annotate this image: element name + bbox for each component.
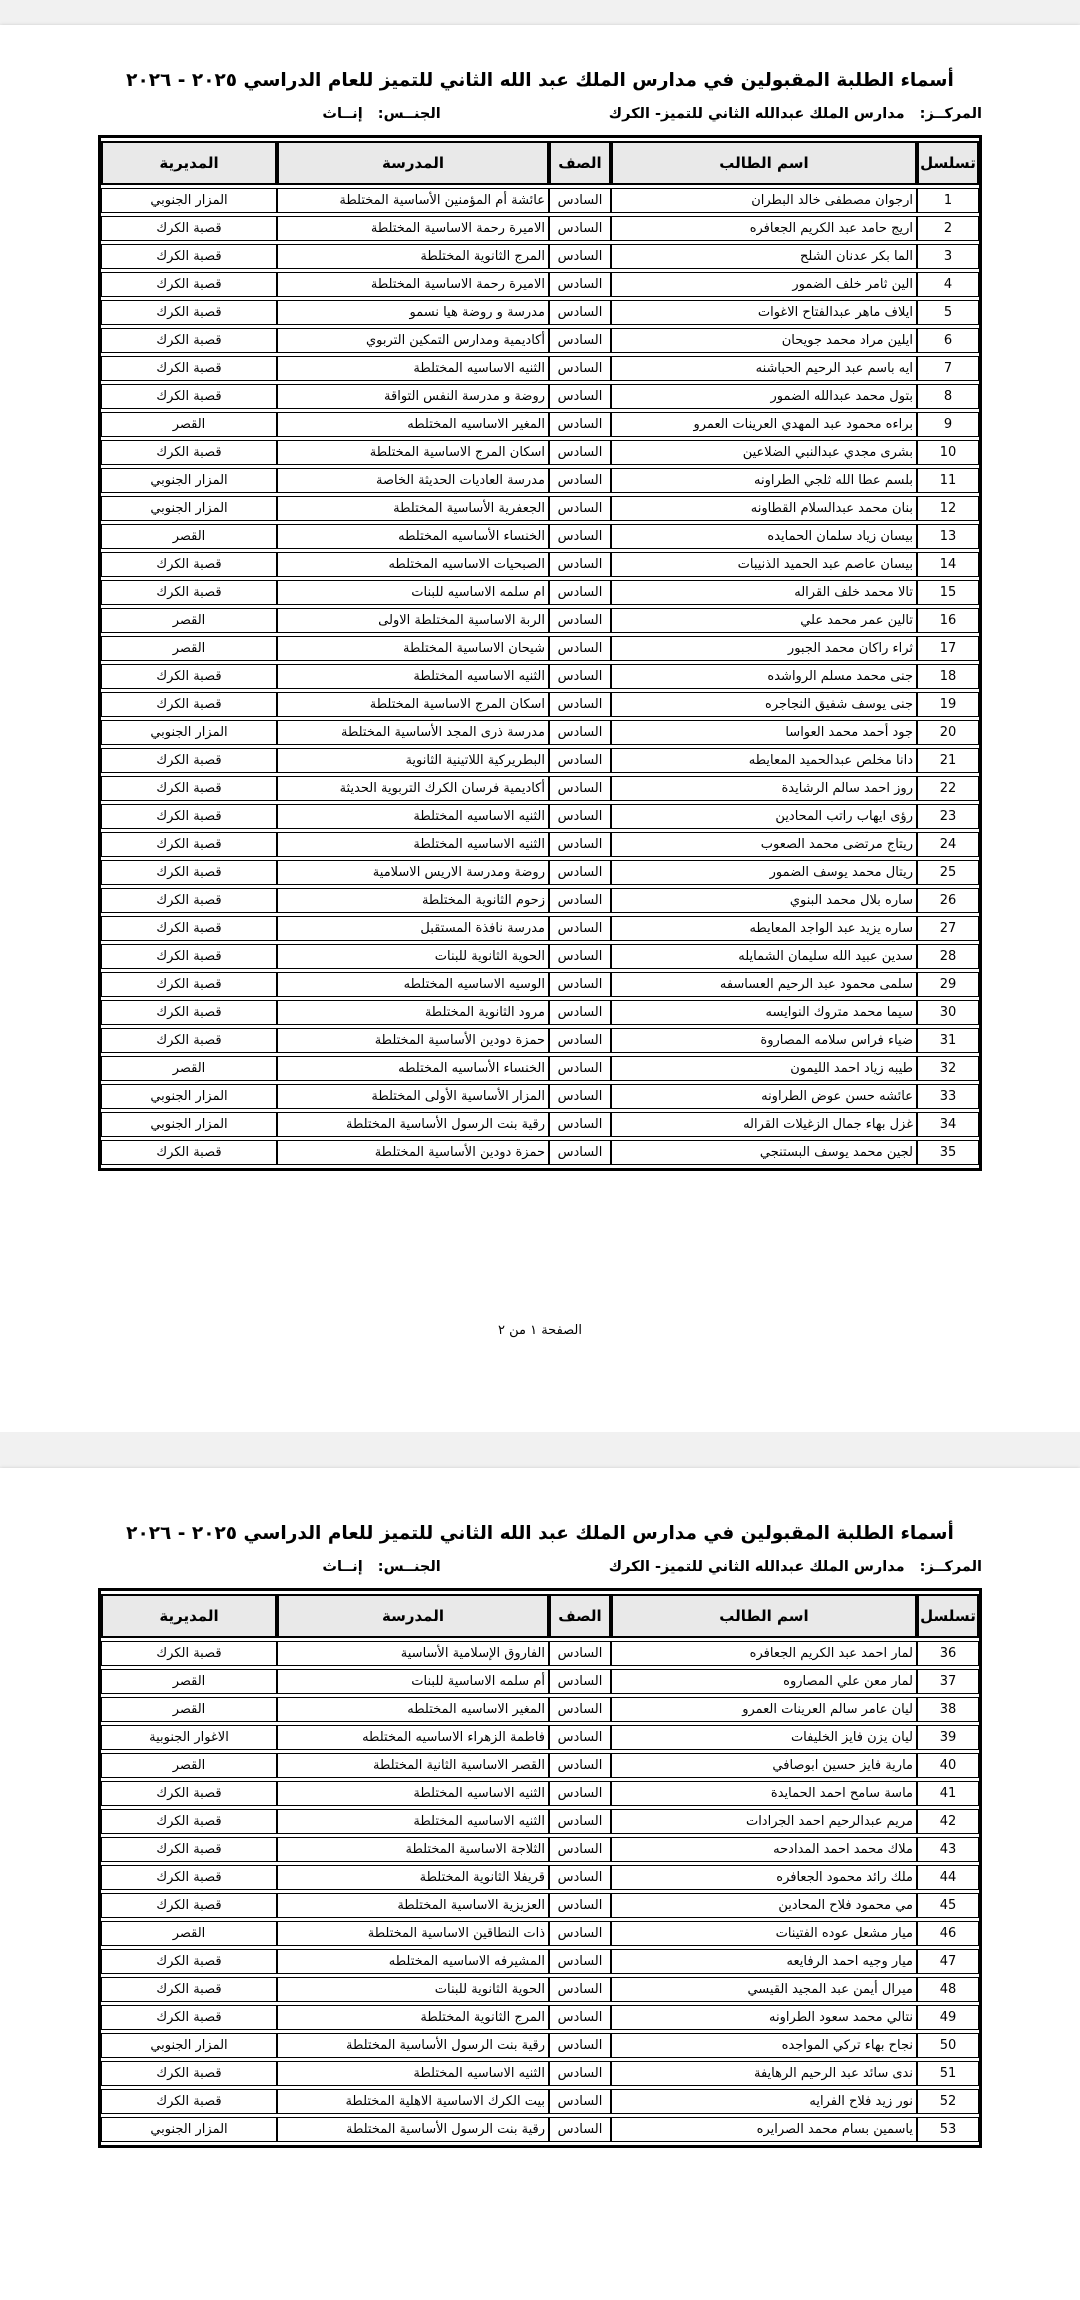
- cell-name: نور زيد فلاح الفرايه: [611, 2089, 917, 2114]
- cell-directorate: قصبة الكرك: [101, 328, 277, 353]
- cell-school: حمزة دودين الأساسية المختلطة: [277, 1028, 549, 1053]
- cell-grade: السادس: [549, 2005, 611, 2030]
- cell-school: الثنيه الاساسيه المختلطة: [277, 1781, 549, 1806]
- cell-name: ياسمين بسام محمد الصرايره: [611, 2117, 917, 2142]
- cell-directorate: قصبة الكرك: [101, 1977, 277, 2002]
- cell-school: مرود الثانوية المختلطة: [277, 1000, 549, 1025]
- cell-serial: 25: [917, 860, 979, 885]
- cell-grade: السادس: [549, 804, 611, 829]
- cell-school: القصر الاساسية الثانية المختلطة: [277, 1753, 549, 1778]
- cell-directorate: قصبة الكرك: [101, 2005, 277, 2030]
- cell-grade: السادس: [549, 1921, 611, 1946]
- table-row: 42مريم عبدالرحيم احمد الجراداتالسادسالثن…: [101, 1809, 979, 1834]
- cell-school: أكاديمية ومدارس التمكين التربوي: [277, 328, 549, 353]
- cell-school: الثنيه الاساسيه المختلطة: [277, 804, 549, 829]
- cell-serial: 33: [917, 1084, 979, 1109]
- center-value: مدارس الملك عبدالله الثاني للتميز- الكرك: [609, 106, 905, 122]
- viewer-background-strip: [0, 0, 1080, 25]
- center-value: مدارس الملك عبدالله الثاني للتميز- الكرك: [609, 1559, 905, 1575]
- table-row: 25ريتال محمد يوسف الضمورالسادسروضة ومدرس…: [101, 860, 979, 885]
- cell-school: عائشة أم المؤمنين الأساسية المختلطة: [277, 188, 549, 213]
- cell-grade: السادس: [549, 468, 611, 493]
- cell-serial: 11: [917, 468, 979, 493]
- table-row: 49نتالي محمد سعود الطراونهالسادسالمرج ال…: [101, 2005, 979, 2030]
- table-row: 43ملاك محمد احمد المدادحهالسادسالثلاجة ا…: [101, 1837, 979, 1862]
- table-row: 36لمار احمد عبد الكريم الجعافرهالسادسالف…: [101, 1641, 979, 1666]
- cell-directorate: قصبة الكرك: [101, 692, 277, 717]
- cell-grade: السادس: [549, 1949, 611, 1974]
- header-school: المدرسة: [277, 141, 549, 185]
- cell-school: مدرسة و روضة هيا نسمو: [277, 300, 549, 325]
- cell-school: المرج الثانوية المختلطة: [277, 244, 549, 269]
- cell-name: الما بكر عدنان الشلح: [611, 244, 917, 269]
- cell-grade: السادس: [549, 1669, 611, 1694]
- cell-serial: 22: [917, 776, 979, 801]
- cell-serial: 42: [917, 1809, 979, 1834]
- cell-serial: 40: [917, 1753, 979, 1778]
- cell-grade: السادس: [549, 636, 611, 661]
- cell-school: المغير الاساسيه المختلطه: [277, 412, 549, 437]
- cell-directorate: القصر: [101, 636, 277, 661]
- cell-name: ماسة سامح احمد الحمايدة: [611, 1781, 917, 1806]
- table-row: 14بيسان عاصم عبد الحميد الذنيباتالسادسال…: [101, 552, 979, 577]
- table-row: 4الين ثامر خلف الضمورالسادسالاميرة رحمة …: [101, 272, 979, 297]
- cell-directorate: المزار الجنوبي: [101, 188, 277, 213]
- cell-school: الوسيه الاساسيه المختلطه: [277, 972, 549, 997]
- cell-school: المرج الثانوية المختلطة: [277, 2005, 549, 2030]
- cell-school: رقية بنت الرسول الأساسية المختلطة: [277, 1112, 549, 1137]
- center-label: المركــز:: [920, 1559, 982, 1575]
- cell-name: ميار وجيه احمد الرفايعه: [611, 1949, 917, 1974]
- cell-directorate: القصر: [101, 1056, 277, 1081]
- document-page-1: أسماء الطلبة المقبولين في مدارس الملك عب…: [0, 25, 1080, 1432]
- cell-directorate: قصبة الكرك: [101, 2089, 277, 2114]
- table-row: 50نجاح بهاء تركي المواجدهالسادسرقية بنت …: [101, 2033, 979, 2058]
- cell-grade: السادس: [549, 1977, 611, 2002]
- cell-serial: 27: [917, 916, 979, 941]
- center-label: المركــز:: [920, 106, 982, 122]
- cell-grade: السادس: [549, 1753, 611, 1778]
- cell-grade: السادس: [549, 216, 611, 241]
- cell-school: أم سلمه الاساسية للبنات: [277, 1669, 549, 1694]
- cell-directorate: قصبة الكرك: [101, 916, 277, 941]
- cell-directorate: القصر: [101, 1921, 277, 1946]
- cell-name: روز احمد سالم الرشايدة: [611, 776, 917, 801]
- cell-name: ثراء راكان محمد الجبور: [611, 636, 917, 661]
- cell-name: ريتاج مرتضى محمد الصعوب: [611, 832, 917, 857]
- table-row: 8بتول محمد عبدالله الضمورالسادسروضة و مد…: [101, 384, 979, 409]
- cell-grade: السادس: [549, 972, 611, 997]
- cell-name: اريج حامد عبد الكريم الجعافره: [611, 216, 917, 241]
- table-row: 18جنى محمد مسلم الرواشدهالسادسالثنيه الا…: [101, 664, 979, 689]
- cell-name: ندى سائد عبد الرحيم الرهايفة: [611, 2061, 917, 2086]
- cell-school: بيت الكرك الاساسية الاهلية المختلطة: [277, 2089, 549, 2114]
- gender-label: الجنــس:: [378, 1559, 441, 1575]
- cell-name: بيسان زياد سلمان الحمايده: [611, 524, 917, 549]
- page-title: أسماء الطلبة المقبولين في مدارس الملك عب…: [98, 67, 982, 95]
- header-student-name: اسم الطالب: [611, 141, 917, 185]
- cell-school: قريفلا الثانوية المختلطة: [277, 1865, 549, 1890]
- cell-grade: السادس: [549, 1697, 611, 1722]
- table-row: 21دانا مخلص عبدالحميد المعايطهالسادسالبط…: [101, 748, 979, 773]
- table-row: 12بنان محمد عبدالسلام القطاونهالسادسالجع…: [101, 496, 979, 521]
- cell-grade: السادس: [549, 888, 611, 913]
- cell-school: العزيزية الاساسية المختلطة: [277, 1893, 549, 1918]
- cell-name: رؤى ايهاب راتب المحادين: [611, 804, 917, 829]
- cell-directorate: قصبة الكرك: [101, 552, 277, 577]
- cell-name: مارية فايز حسين ابوصافي: [611, 1753, 917, 1778]
- cell-serial: 24: [917, 832, 979, 857]
- cell-directorate: قصبة الكرك: [101, 272, 277, 297]
- students-table-page-2: تسلسل اسم الطالب الصف المدرسة المديرية 3…: [98, 1588, 982, 2148]
- cell-serial: 43: [917, 1837, 979, 1862]
- cell-school: الثنيه الاساسيه المختلطة: [277, 664, 549, 689]
- cell-name: لمار احمد عبد الكريم الجعافره: [611, 1641, 917, 1666]
- cell-grade: السادس: [549, 832, 611, 857]
- table-row: 26ساره بلال محمد البنويالسادسزحوم الثانو…: [101, 888, 979, 913]
- cell-grade: السادس: [549, 1781, 611, 1806]
- table-row: 44ملك رائد محمود الجعافرهالسادسقريفلا ال…: [101, 1865, 979, 1890]
- cell-name: نجاح بهاء تركي المواجده: [611, 2033, 917, 2058]
- table-row: 28سدين عبيد الله سليمان الشمايلهالسادسال…: [101, 944, 979, 969]
- cell-grade: السادس: [549, 1893, 611, 1918]
- cell-grade: السادس: [549, 188, 611, 213]
- cell-school: الثنيه الاساسيه المختلطة: [277, 356, 549, 381]
- cell-grade: السادس: [549, 300, 611, 325]
- cell-school: المغير الاساسيه المختلطه: [277, 1697, 549, 1722]
- cell-serial: 19: [917, 692, 979, 717]
- cell-school: اسكان المرج الاساسية المختلطة: [277, 440, 549, 465]
- cell-grade: السادس: [549, 1000, 611, 1025]
- cell-serial: 38: [917, 1697, 979, 1722]
- cell-name: بلسم عطا الله ثلجي الطراونه: [611, 468, 917, 493]
- table-row: 29سلمى محمود عبد الرحيم العساسفهالسادسال…: [101, 972, 979, 997]
- table-row: 47ميار وجيه احمد الرفايعهالسادسالمشيرفه …: [101, 1949, 979, 1974]
- cell-directorate: قصبة الكرك: [101, 356, 277, 381]
- cell-name: ايلاف ماهر عبدالفتاح الاغوات: [611, 300, 917, 325]
- table-row: 9براءه محمود عبد المهدي العرينات العمروا…: [101, 412, 979, 437]
- cell-directorate: قصبة الكرك: [101, 384, 277, 409]
- cell-name: ساره بلال محمد البنوي: [611, 888, 917, 913]
- cell-name: ارجوان مصطفى خالد البطران: [611, 188, 917, 213]
- cell-school: البطريركية اللاتينية الثانوية: [277, 748, 549, 773]
- cell-school: الاميرة رحمة الاساسية المختلطة: [277, 216, 549, 241]
- cell-serial: 4: [917, 272, 979, 297]
- cell-directorate: قصبة الكرك: [101, 1809, 277, 1834]
- cell-grade: السادس: [549, 608, 611, 633]
- cell-serial: 13: [917, 524, 979, 549]
- students-table-page-1: تسلسل اسم الطالب الصف المدرسة المديرية 1…: [98, 135, 982, 1171]
- cell-name: سدين عبيد الله سليمان الشمايله: [611, 944, 917, 969]
- cell-directorate: الاغوار الجنوبية: [101, 1725, 277, 1750]
- table-row: 35لجين محمد يوسف البستنجيالسادسحمزة دودي…: [101, 1140, 979, 1165]
- table-row: 38ليان عامر سالم العرينات العمروالسادسال…: [101, 1697, 979, 1722]
- cell-name: ملاك محمد احمد المدادحه: [611, 1837, 917, 1862]
- cell-directorate: قصبة الكرك: [101, 944, 277, 969]
- cell-school: ام سلمه الاساسيه للبنات: [277, 580, 549, 605]
- cell-serial: 6: [917, 328, 979, 353]
- cell-serial: 20: [917, 720, 979, 745]
- cell-serial: 53: [917, 2117, 979, 2142]
- gender-field: الجنــس: إنــاث: [322, 1559, 440, 1575]
- cell-school: الفاروق الإسلامية الأساسية: [277, 1641, 549, 1666]
- cell-school: الاميرة رحمة الاساسية المختلطة: [277, 272, 549, 297]
- cell-serial: 44: [917, 1865, 979, 1890]
- table-row: 45مي محمود فلاح المحادينالسادسالعزيزية ا…: [101, 1893, 979, 1918]
- center-field: المركــز: مدارس الملك عبدالله الثاني للت…: [609, 106, 982, 122]
- cell-serial: 23: [917, 804, 979, 829]
- cell-school: أكاديمية فرسان الكرك التربوية الحديثة: [277, 776, 549, 801]
- cell-grade: السادس: [549, 1140, 611, 1165]
- cell-directorate: القصر: [101, 524, 277, 549]
- cell-school: مدرسة نافذة المستقبل: [277, 916, 549, 941]
- cell-directorate: قصبة الكرك: [101, 580, 277, 605]
- cell-directorate: قصبة الكرك: [101, 804, 277, 829]
- cell-name: مي محمود فلاح المحادين: [611, 1893, 917, 1918]
- cell-directorate: قصبة الكرك: [101, 244, 277, 269]
- cell-name: سيما محمد متروك النوايسه: [611, 1000, 917, 1025]
- cell-directorate: المزار الجنوبي: [101, 2117, 277, 2142]
- cell-school: حمزة دودين الأساسية المختلطة: [277, 1140, 549, 1165]
- cell-grade: السادس: [549, 552, 611, 577]
- cell-serial: 47: [917, 1949, 979, 1974]
- table-row: 13بيسان زياد سلمان الحمايدهالسادسالخنساء…: [101, 524, 979, 549]
- table-row: 32طيبه زياد احمد الليمونالسادسالخنساء ال…: [101, 1056, 979, 1081]
- cell-grade: السادس: [549, 272, 611, 297]
- gender-label: الجنــس:: [378, 106, 441, 122]
- cell-name: جنى محمد مسلم الرواشده: [611, 664, 917, 689]
- cell-name: جود أحمد محمد العواسا: [611, 720, 917, 745]
- cell-grade: السادس: [549, 692, 611, 717]
- cell-grade: السادس: [549, 412, 611, 437]
- cell-school: فاطمة الزهراء الاساسيه المختلطه: [277, 1725, 549, 1750]
- cell-directorate: المزار الجنوبي: [101, 496, 277, 521]
- cell-serial: 52: [917, 2089, 979, 2114]
- cell-name: ليان عامر سالم العرينات العمرو: [611, 1697, 917, 1722]
- cell-name: لجين محمد يوسف البستنجي: [611, 1140, 917, 1165]
- cell-serial: 34: [917, 1112, 979, 1137]
- cell-serial: 9: [917, 412, 979, 437]
- meta-row: المركــز: مدارس الملك عبدالله الثاني للت…: [98, 1552, 982, 1582]
- table-row: 7ايه باسم عبد الرحيم الحباشنهالسادسالثني…: [101, 356, 979, 381]
- cell-serial: 39: [917, 1725, 979, 1750]
- cell-serial: 5: [917, 300, 979, 325]
- cell-directorate: قصبة الكرك: [101, 860, 277, 885]
- header-serial: تسلسل: [917, 141, 979, 185]
- cell-grade: السادس: [549, 1112, 611, 1137]
- cell-serial: 1: [917, 188, 979, 213]
- table-header-row: تسلسل اسم الطالب الصف المدرسة المديرية: [101, 1594, 979, 1638]
- center-field: المركــز: مدارس الملك عبدالله الثاني للت…: [609, 1559, 982, 1575]
- cell-serial: 21: [917, 748, 979, 773]
- table-row: 11بلسم عطا الله ثلجي الطراونهالسادسمدرسة…: [101, 468, 979, 493]
- cell-grade: السادس: [549, 328, 611, 353]
- cell-grade: السادس: [549, 440, 611, 465]
- cell-grade: السادس: [549, 384, 611, 409]
- cell-directorate: المزار الجنوبي: [101, 1112, 277, 1137]
- cell-grade: السادس: [549, 776, 611, 801]
- cell-grade: السادس: [549, 664, 611, 689]
- table-row: 6ايلين مراد محمد جويحانالسادسأكاديمية وم…: [101, 328, 979, 353]
- cell-name: الين ثامر خلف الضمور: [611, 272, 917, 297]
- header-serial: تسلسل: [917, 1594, 979, 1638]
- cell-school: الخنساء الأساسيه المختلطه: [277, 524, 549, 549]
- cell-grade: السادس: [549, 1725, 611, 1750]
- cell-name: دانا مخلص عبدالحميد المعايطه: [611, 748, 917, 773]
- cell-name: ايه باسم عبد الرحيم الحباشنه: [611, 356, 917, 381]
- cell-name: ضياء فراس سلامه المصاروة: [611, 1028, 917, 1053]
- cell-school: ذات النطاقين الاساسية المختلطة: [277, 1921, 549, 1946]
- cell-serial: 26: [917, 888, 979, 913]
- cell-serial: 46: [917, 1921, 979, 1946]
- cell-school: المشيرفه الاساسيه المختلطه: [277, 1949, 549, 1974]
- cell-directorate: قصبة الكرك: [101, 664, 277, 689]
- cell-directorate: القصر: [101, 1697, 277, 1722]
- table-row: 52نور زيد فلاح الفرايهالسادسبيت الكرك ال…: [101, 2089, 979, 2114]
- cell-serial: 7: [917, 356, 979, 381]
- cell-name: مريم عبدالرحيم احمد الجرادات: [611, 1809, 917, 1834]
- header-grade: الصف: [549, 1594, 611, 1638]
- cell-serial: 36: [917, 1641, 979, 1666]
- cell-school: روضة ومدرسة الاريس الاسلامية: [277, 860, 549, 885]
- cell-directorate: قصبة الكرك: [101, 440, 277, 465]
- cell-school: المزار الأساسية الأولى المختلطة: [277, 1084, 549, 1109]
- table-row: 40مارية فايز حسين ابوصافيالسادسالقصر الا…: [101, 1753, 979, 1778]
- meta-row: المركــز: مدارس الملك عبدالله الثاني للت…: [98, 99, 982, 129]
- header-school: المدرسة: [277, 1594, 549, 1638]
- cell-school: الثلاجة الاساسية المختلطة: [277, 1837, 549, 1862]
- cell-school: زحوم الثانوية المختلطة: [277, 888, 549, 913]
- cell-grade: السادس: [549, 2061, 611, 2086]
- cell-directorate: قصبة الكرك: [101, 1028, 277, 1053]
- header-student-name: اسم الطالب: [611, 1594, 917, 1638]
- cell-serial: 17: [917, 636, 979, 661]
- cell-school: رقية بنت الرسول الأساسية المختلطة: [277, 2117, 549, 2142]
- cell-school: روضة و مدرسة النفس التواقة: [277, 384, 549, 409]
- cell-directorate: قصبة الكرك: [101, 1000, 277, 1025]
- cell-school: الحوية الثانوية للبنات: [277, 944, 549, 969]
- cell-grade: السادس: [549, 1056, 611, 1081]
- header-directorate: المديرية: [101, 1594, 277, 1638]
- cell-name: بشرى مجدي عبدالنبي الضلاعين: [611, 440, 917, 465]
- cell-name: عائشه حسن عوض الطراونه: [611, 1084, 917, 1109]
- table-row: 31ضياء فراس سلامه المصاروةالسادسحمزة دود…: [101, 1028, 979, 1053]
- cell-school: شيحان الاساسية المختلطة: [277, 636, 549, 661]
- table-row: 53ياسمين بسام محمد الصرايرهالسادسرقية بن…: [101, 2117, 979, 2142]
- table-row: 10بشرى مجدي عبدالنبي الضلاعينالسادساسكان…: [101, 440, 979, 465]
- document-page-2: أسماء الطلبة المقبولين في مدارس الملك عب…: [0, 1468, 1080, 2300]
- cell-name: سلمى محمود عبد الرحيم العساسفه: [611, 972, 917, 997]
- cell-school: الخنساء الأساسيه المختلطه: [277, 1056, 549, 1081]
- cell-grade: السادس: [549, 524, 611, 549]
- cell-school: الثنيه الاساسيه المختلطة: [277, 2061, 549, 2086]
- cell-name: ميار مشعل عوده الفتينات: [611, 1921, 917, 1946]
- cell-serial: 2: [917, 216, 979, 241]
- table-row: 5ايلاف ماهر عبدالفتاح الاغواتالسادسمدرسة…: [101, 300, 979, 325]
- cell-grade: السادس: [549, 860, 611, 885]
- cell-grade: السادس: [549, 1028, 611, 1053]
- cell-school: الجعفرية الأساسية المختلطة: [277, 496, 549, 521]
- cell-directorate: قصبة الكرك: [101, 216, 277, 241]
- table-row: 51ندى سائد عبد الرحيم الرهايفةالسادسالثن…: [101, 2061, 979, 2086]
- table-row: 16تالين عمر محمد عليالسادسالربة الاساسية…: [101, 608, 979, 633]
- table-header-row: تسلسل اسم الطالب الصف المدرسة المديرية: [101, 141, 979, 185]
- table-row: 15تالا محمد خلف القرالهالسادسام سلمه الا…: [101, 580, 979, 605]
- cell-name: بتول محمد عبدالله الضمور: [611, 384, 917, 409]
- cell-serial: 14: [917, 552, 979, 577]
- cell-directorate: المزار الجنوبي: [101, 1084, 277, 1109]
- table-row: 46ميار مشعل عوده الفتيناتالسادسذات النطا…: [101, 1921, 979, 1946]
- cell-serial: 48: [917, 1977, 979, 2002]
- cell-directorate: قصبة الكرك: [101, 300, 277, 325]
- cell-school: مدرسة العاديات الحديثة الخاصة: [277, 468, 549, 493]
- cell-directorate: المزار الجنوبي: [101, 2033, 277, 2058]
- page-title: أسماء الطلبة المقبولين في مدارس الملك عب…: [98, 1520, 982, 1548]
- cell-name: ايلين مراد محمد جويحان: [611, 328, 917, 353]
- cell-name: لمار معن علي المصاروه: [611, 1669, 917, 1694]
- gender-value: إنــاث: [322, 106, 362, 122]
- gender-value: إنــاث: [322, 1559, 362, 1575]
- cell-serial: 31: [917, 1028, 979, 1053]
- header-grade: الصف: [549, 141, 611, 185]
- cell-grade: السادس: [549, 1837, 611, 1862]
- cell-serial: 12: [917, 496, 979, 521]
- table-row: 2اريج حامد عبد الكريم الجعافرهالسادسالام…: [101, 216, 979, 241]
- cell-name: ملك رائد محمود الجعافره: [611, 1865, 917, 1890]
- table-row: 3الما بكر عدنان الشلحالسادسالمرج الثانوي…: [101, 244, 979, 269]
- cell-serial: 35: [917, 1140, 979, 1165]
- cell-grade: السادس: [549, 748, 611, 773]
- cell-name: ريتال محمد يوسف الضمور: [611, 860, 917, 885]
- cell-name: نتالي محمد سعود الطراونه: [611, 2005, 917, 2030]
- cell-school: الحوية الثانوية للبنات: [277, 1977, 549, 2002]
- table-row: 30سيما محمد متروك النوايسهالسادسمرود الث…: [101, 1000, 979, 1025]
- cell-directorate: القصر: [101, 608, 277, 633]
- header-directorate: المديرية: [101, 141, 277, 185]
- cell-school: الثنيه الاساسيه المختلطة: [277, 1809, 549, 1834]
- table-row: 37لمار معن علي المصاروهالسادسأم سلمه الا…: [101, 1669, 979, 1694]
- cell-name: غزل بهاء جمال الزغيلات القراله: [611, 1112, 917, 1137]
- cell-directorate: قصبة الكرك: [101, 1641, 277, 1666]
- table-row: 41ماسة سامح احمد الحمايدةالسادسالثنيه ال…: [101, 1781, 979, 1806]
- cell-serial: 8: [917, 384, 979, 409]
- cell-directorate: قصبة الكرك: [101, 888, 277, 913]
- cell-directorate: القصر: [101, 412, 277, 437]
- cell-serial: 30: [917, 1000, 979, 1025]
- cell-serial: 45: [917, 1893, 979, 1918]
- cell-name: براءه محمود عبد المهدي العرينات العمرو: [611, 412, 917, 437]
- cell-name: تالين عمر محمد علي: [611, 608, 917, 633]
- cell-name: طيبه زياد احمد الليمون: [611, 1056, 917, 1081]
- cell-serial: 49: [917, 2005, 979, 2030]
- cell-serial: 41: [917, 1781, 979, 1806]
- table-row: 20جود أحمد محمد العواساالسادسمدرسة ذرى ا…: [101, 720, 979, 745]
- cell-school: رقية بنت الرسول الأساسية المختلطة: [277, 2033, 549, 2058]
- cell-grade: السادس: [549, 1641, 611, 1666]
- cell-name: تالا محمد خلف القراله: [611, 580, 917, 605]
- table-row: 27ساره يزيد عبد الواجد المعايطهالسادسمدر…: [101, 916, 979, 941]
- cell-serial: 51: [917, 2061, 979, 2086]
- cell-directorate: قصبة الكرك: [101, 776, 277, 801]
- table-row: 19جنى يوسف شفيق النجاجرهالسادساسكان المر…: [101, 692, 979, 717]
- cell-directorate: المزار الجنوبي: [101, 720, 277, 745]
- cell-grade: السادس: [549, 1084, 611, 1109]
- cell-directorate: القصر: [101, 1753, 277, 1778]
- cell-school: اسكان المرج الاساسية المختلطة: [277, 692, 549, 717]
- cell-grade: السادس: [549, 2117, 611, 2142]
- cell-directorate: قصبة الكرك: [101, 1781, 277, 1806]
- cell-grade: السادس: [549, 2033, 611, 2058]
